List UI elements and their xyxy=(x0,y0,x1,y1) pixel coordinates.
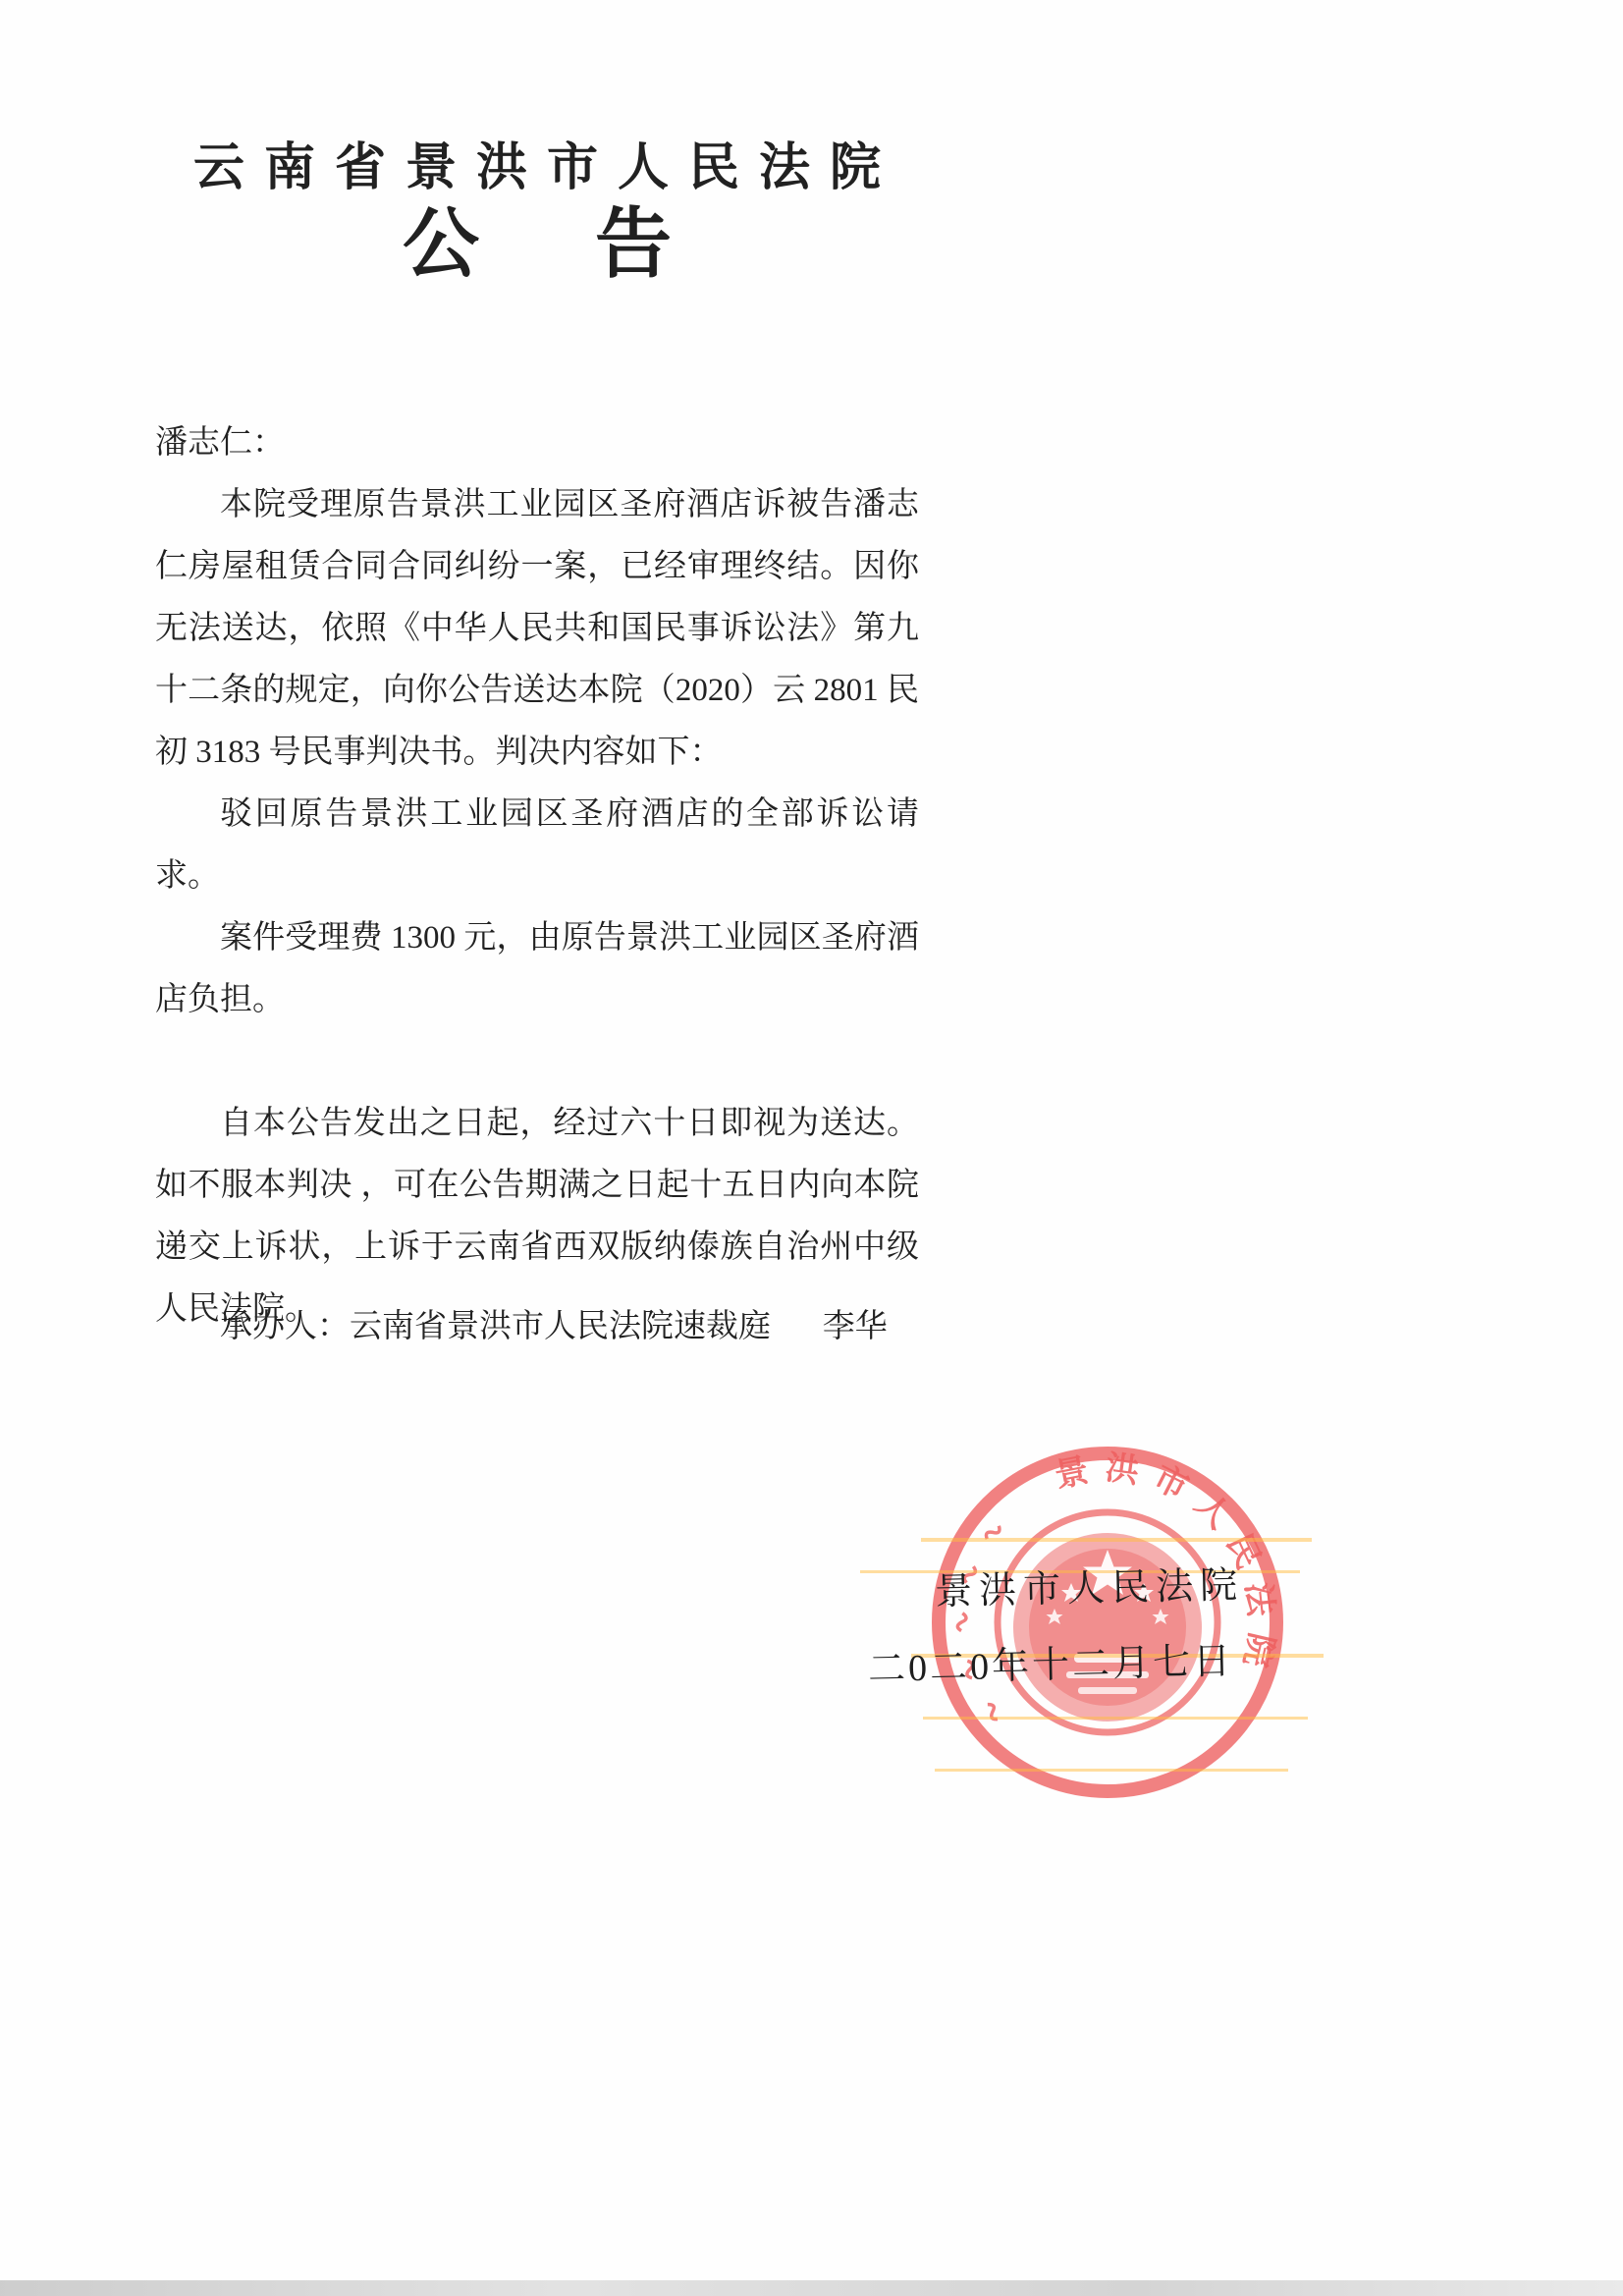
scan-bottom-smudge xyxy=(0,2280,1623,2296)
announcement-page: 云南省景洪市人民法院 公告 潘志仁： 本院受理原告景洪工业园区圣府酒店诉被告潘志… xyxy=(0,0,1623,2296)
document-body: 潘志仁： 本院受理原告景洪工业园区圣府酒店诉被告潘志仁房屋租赁合同合同纠纷一案，… xyxy=(155,412,919,1340)
scan-streak xyxy=(923,1717,1308,1720)
doc-title-row: 公告 xyxy=(155,200,919,287)
court-name-title: 云南省景洪市人民法院 xyxy=(193,136,900,200)
scan-streak xyxy=(921,1538,1312,1542)
document-header: 云南省景洪市人民法院 公告 xyxy=(155,136,919,287)
paragraph-fee: 案件受理费 1300 元，由原告景洪工业园区圣府酒店负担。 xyxy=(155,907,919,1031)
handler-name: 李华 xyxy=(823,1309,888,1344)
handler-label-org: 承办人：云南省景洪市人民法院速裁庭 xyxy=(220,1309,771,1344)
salutation: 潘志仁： xyxy=(155,412,919,474)
doc-title: 公告 xyxy=(403,200,787,287)
paragraph-case-intro: 本院受理原告景洪工业园区圣府酒店诉被告潘志仁房屋租赁合同合同纠纷一案，已经审理终… xyxy=(155,474,919,784)
scan-streak xyxy=(935,1769,1288,1772)
stamp-court-name: 景洪市人民法院 xyxy=(934,1554,1244,1614)
paragraph-judgment: 驳回原告景洪工业园区圣府酒店的全部诉讼请求。 xyxy=(155,784,919,907)
handler-line: 承办人：云南省景洪市人民法院速裁庭李华 xyxy=(155,1296,1235,1358)
stamp-date: 二0二0年十二月七日 xyxy=(867,1630,1233,1692)
court-seal-icon: 景洪市人民法院 xyxy=(911,1426,1304,1819)
court-seal-graphic: 景洪市人民法院 xyxy=(911,1426,1304,1819)
